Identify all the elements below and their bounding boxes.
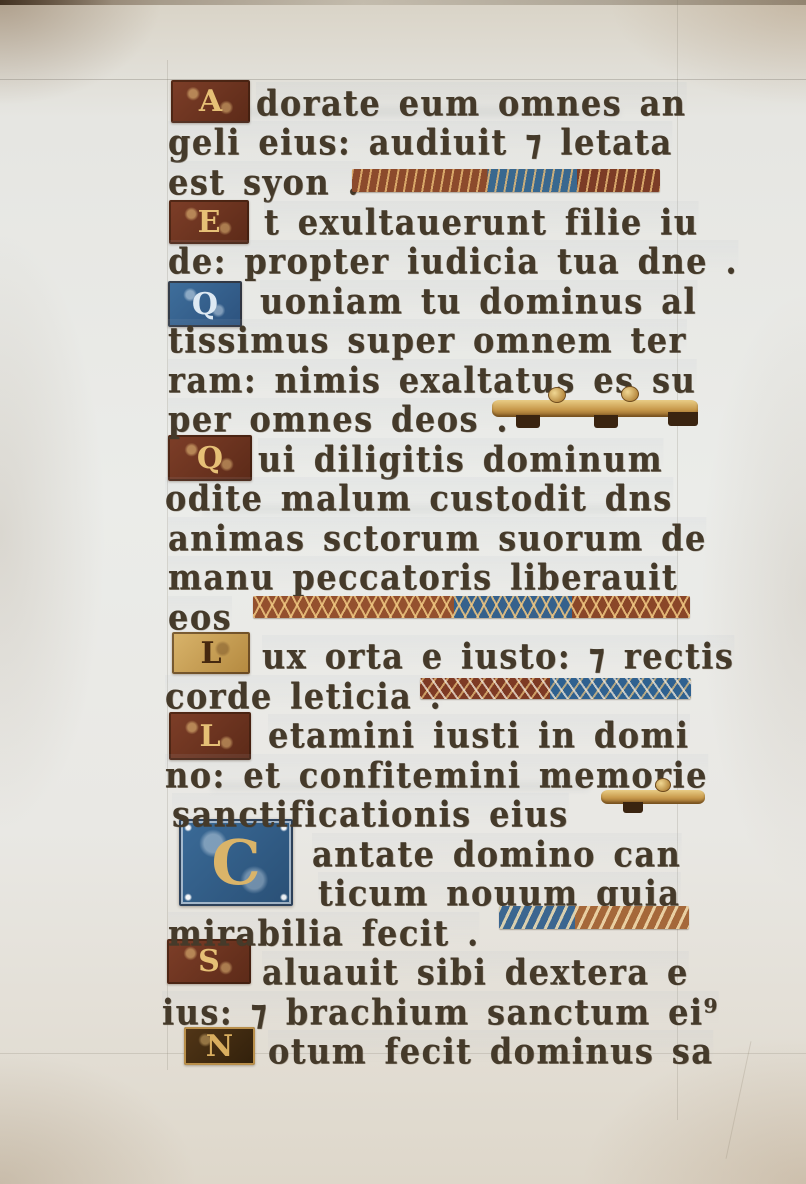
psalm-text-line: animas sctorum suorum de [168,517,707,560]
line-filler-lattice-bar [253,596,690,618]
psalm-text-line: antate domino can [312,833,681,876]
psalm-text-line: uoniam tu dominus al [260,280,697,323]
initial-letter: A [199,84,222,119]
initial-letter: E [198,205,221,240]
psalm-text-line: tissimus super omnem ter [168,319,687,362]
psalm-text-line: manu peccatoris liberauit [168,556,678,599]
psalm-text-line: ui diligitis dominum [258,438,663,481]
illuminated-initial-L2: L [169,712,251,760]
initial-letter: L [200,636,221,671]
psalm-text-line: corde leticia . [165,675,442,718]
psalm-text-line: ius: ⁊ brachium sanctum ei⁹ [162,991,719,1034]
branch-knot [621,386,639,402]
psalm-text-line: per omnes deos . [168,398,509,441]
line-filler-rope-bar [499,906,689,929]
psalm-text-line: ux orta e iusto: ⁊ rectis [262,635,734,678]
psalm-text-line: est syon . [168,161,360,204]
initial-letter: Q [197,441,223,476]
psalm-text-line: etamini iusti in domi [268,714,689,757]
line-filler-chain-bar [420,678,691,699]
ruling-line-top [0,79,806,80]
manuscript-page: A E Q Q L L C S N dorate eum omnes an ge… [0,0,806,1184]
psalm-text-line: de: propter iudicia tua dne . [168,240,738,283]
vellum-crease [726,1041,752,1159]
psalm-text-line: geli eius: audiuit ⁊ letata [168,121,673,164]
psalm-text-line: ram: nimis exaltatus es su [168,359,696,402]
branch-foot [623,802,643,813]
branch-knot [655,778,671,792]
psalm-text-line: otum fecit dominus sa [268,1030,713,1073]
branch-knot [548,387,566,403]
psalm-text-line: mirabilia fecit . [168,912,480,955]
psalm-text-line: eos [168,596,232,639]
illuminated-initial-A: A [171,80,250,123]
initial-letter: C [211,826,260,899]
psalm-text-line: t exultauerunt filie iu [264,201,699,244]
initial-letter: L [199,719,220,754]
psalm-text-line: aluauit sibi dextera e [262,951,689,994]
initial-letter: Q [192,287,218,322]
psalm-text-line: sanctificationis eius [172,793,569,836]
branch-foot [594,415,618,428]
branch-foot [668,412,698,426]
branch-foot [516,415,540,428]
psalm-text-line: odite malum custodit dns [165,477,673,520]
small-gold-branch-filler [601,790,705,804]
illuminated-initial-Q2: Q [168,435,252,481]
photo-top-edge [0,0,806,5]
line-filler-foliate-bar [352,169,660,192]
psalm-text-line: dorate eum omnes an [256,82,687,125]
illuminated-initial-E: E [169,200,249,244]
